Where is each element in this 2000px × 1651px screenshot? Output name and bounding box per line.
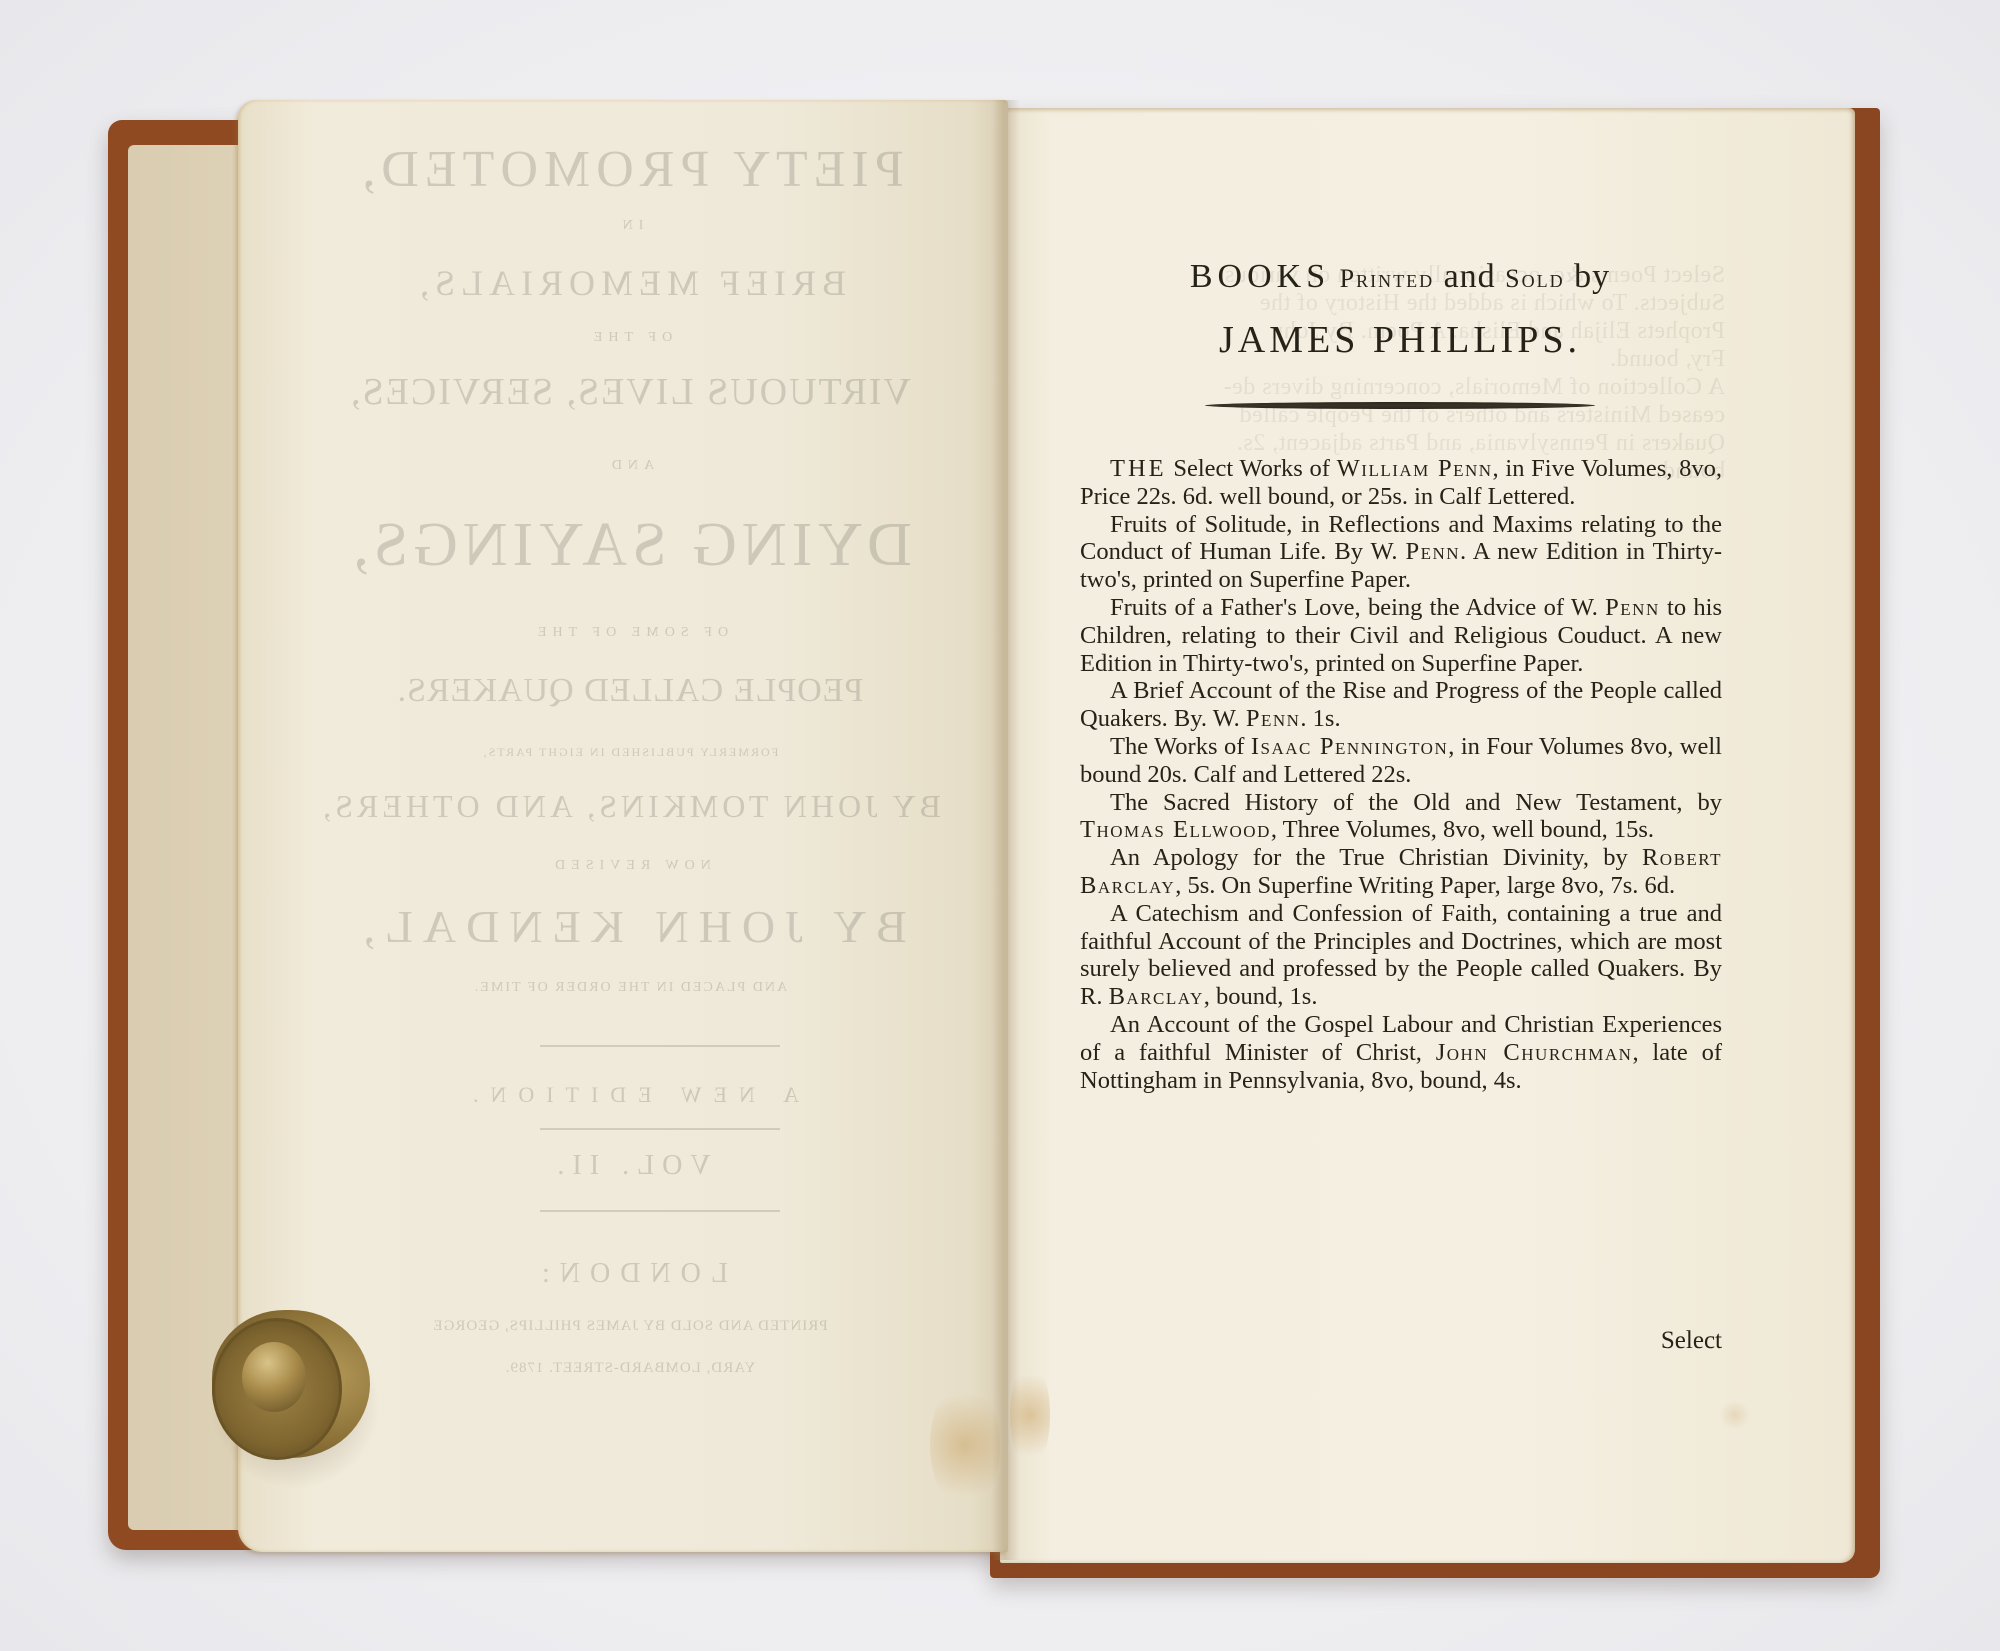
ghost-title-line: DYING SAYINGS, (300, 510, 960, 581)
catalogue-entry: The Sacred History of the Old and New Te… (1080, 789, 1722, 845)
author-name: Penn (1405, 538, 1460, 565)
ghost-title-line: VIRTUOUS LIVES, SERVICES, (300, 370, 960, 414)
ghost-title-line: LONDON: (300, 1258, 960, 1290)
heading-sold: Sold (1505, 264, 1564, 293)
entry-text: An Apology for the True Christian Divini… (1110, 844, 1642, 871)
ghost-title-line: AND (300, 458, 960, 474)
foxing-stain (930, 1380, 1000, 1510)
catalogue-entry: Fruits of a Father's Love, being the Adv… (1080, 594, 1722, 677)
book-gutter (992, 100, 1020, 1560)
entry-text: Fruits of a Father's Love, being the Adv… (1110, 594, 1605, 621)
ornamental-rule (1205, 402, 1595, 409)
ghost-title-line: IN (300, 218, 960, 234)
ghost-title-line: BY JOHN TOMKINS, AND OTHERS, (300, 788, 960, 825)
entry-text: The Works of (1110, 733, 1251, 760)
ghost-title-line: YARD, LOMBARD-STREET. 1789. (300, 1360, 960, 1377)
ghost-title-line: BRIEF MEMORIALS, (300, 262, 960, 304)
ghost-rule (540, 1210, 780, 1212)
author-name: William Penn (1337, 455, 1493, 482)
entry-text: , Three Volumes, 8vo, well bound, 15s. (1271, 816, 1654, 843)
heading-books: BOOKS (1190, 258, 1330, 295)
brass-weight-knob (242, 1342, 306, 1412)
ghost-title-line: NOW REVISED (300, 858, 960, 874)
entry-text: , bound, 1s. (1204, 983, 1318, 1010)
entry-text: , 5s. On Superfine Writing Paper, large … (1175, 872, 1675, 899)
ghost-title-line: PEOPLE CALLED QUAKERS. (300, 672, 960, 710)
entry-text: A Brief Account of the Rise and Progress… (1080, 677, 1722, 732)
catalogue-entry: A Brief Account of the Rise and Progress… (1080, 677, 1722, 733)
ghost-rule (540, 1045, 780, 1047)
ghost-title-line: BY JOHN KENDAL, (300, 900, 960, 953)
catalogue-entry: Fruits of Solitude, in Reflections and M… (1080, 511, 1722, 594)
entry-text: . 1s. (1300, 705, 1340, 732)
author-name: Penn (1246, 705, 1301, 732)
catalogue-entries: THE Select Works of William Penn, in Fiv… (1080, 455, 1722, 1094)
author-name: Barclay (1109, 983, 1204, 1010)
bleed-line: A Collection of Memorials, concerning di… (1080, 374, 1725, 401)
heading-printed: Printed (1340, 264, 1434, 293)
ghost-title-line: VOL. II. (300, 1150, 960, 1182)
ghost-rule (540, 1128, 780, 1130)
publisher-name: JAMES PHILLIPS. (1075, 318, 1725, 362)
author-name: Penn (1605, 594, 1660, 621)
catalogue-heading: BOOKS Printed and Sold by (1075, 258, 1725, 296)
foxing-stain (1720, 1400, 1750, 1430)
ghost-title-line: PIETY PROMOTED, (300, 140, 960, 199)
bleed-line: Quakers in Pennsylvania, and Parts adjac… (1080, 430, 1725, 457)
entry-text: The Sacred History of the Old and New Te… (1110, 789, 1722, 816)
foxing-stain (1010, 1360, 1050, 1470)
entry-lead: THE (1110, 455, 1167, 482)
catalogue-entry: THE Select Works of William Penn, in Fiv… (1080, 455, 1722, 511)
catalogue-entry: The Works of Isaac Pennington, in Four V… (1080, 733, 1722, 789)
ghost-title-line: A NEW EDITION. (300, 1082, 960, 1108)
ghost-title-line: PRINTED AND SOLD BY JAMES PHILLIPS, GEOR… (300, 1318, 960, 1335)
author-name: Isaac Pennington (1251, 733, 1448, 760)
ghost-title-line: OF SOME OF THE (300, 625, 960, 641)
entry-text: Select Works of (1167, 455, 1337, 482)
heading-by: by (1574, 258, 1610, 295)
catalogue-entry: An Apology for the True Christian Divini… (1080, 844, 1722, 900)
author-name: John Churchman (1436, 1039, 1633, 1066)
catalogue-entry: An Account of the Gospel Labour and Chri… (1080, 1011, 1722, 1094)
heading-and: and (1444, 258, 1496, 295)
ghost-title-line: AND PLACED IN THE ORDER OF TIME. (300, 980, 960, 996)
ghost-title-line: OF THE (300, 330, 960, 346)
catalogue-entry: A Catechism and Confession of Faith, con… (1080, 900, 1722, 1011)
author-name: Thomas Ellwood (1080, 816, 1271, 843)
catchword: Select (1600, 1327, 1722, 1355)
ghost-title-line: FORMERLY PUBLISHED IN EIGHT PARTS, (300, 745, 960, 760)
